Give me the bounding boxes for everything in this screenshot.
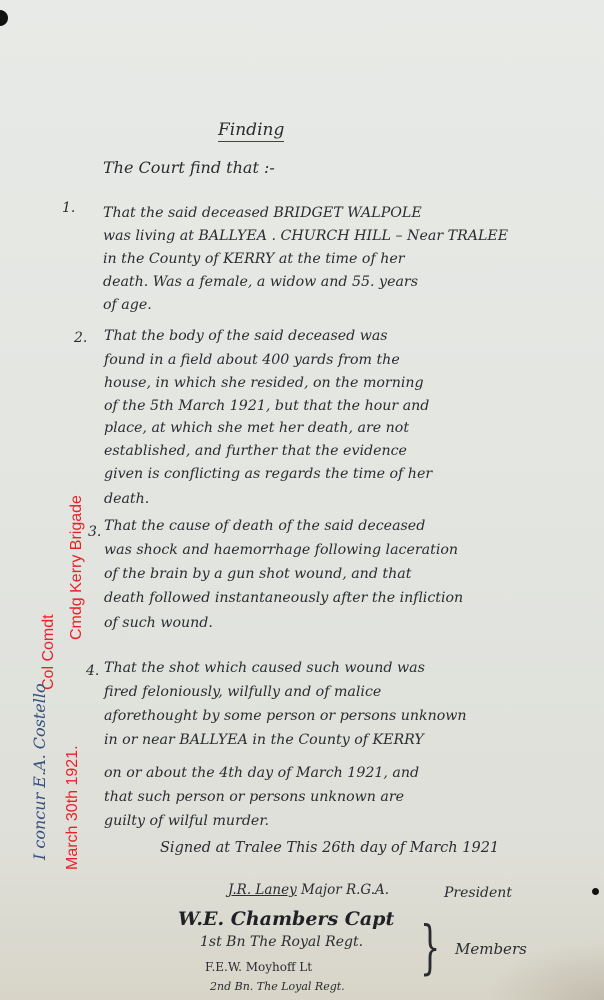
paragraph-number-1: 1. xyxy=(62,200,75,216)
paragraph-2-line: That the body of the said deceased was xyxy=(104,328,388,344)
paragraph-2-line: found in a field about 400 yards from th… xyxy=(104,352,400,368)
paragraph-1-line: was living at BALLYEA . CHURCH HILL – Ne… xyxy=(103,228,508,244)
paragraph-4-line: aforethought by some person or persons u… xyxy=(104,708,467,724)
margin-note-col-comdt: Col Comdt xyxy=(40,614,58,690)
member1-signature: W.E. Chambers Capt xyxy=(178,908,394,930)
paragraph-3-line: That the cause of death of the said dece… xyxy=(104,518,425,534)
paragraph-4-line: in or near BALLYEA in the County of KERR… xyxy=(104,732,424,748)
paragraph-4-line: that such person or persons unknown are xyxy=(104,789,404,805)
margin-note-kerry-brigade: Cmdg Kerry Brigade xyxy=(68,495,86,640)
paragraph-2-line: given is conflicting as regards the time… xyxy=(104,466,432,482)
members-brace: } xyxy=(420,918,440,976)
signed-line: Signed at Tralee This 26th day of March … xyxy=(160,840,499,856)
paragraph-2-line: established, and further that the eviden… xyxy=(104,443,407,459)
paragraph-1-line: in the County of KERRY at the time of he… xyxy=(103,251,405,267)
paragraph-3-line: of the brain by a gun shot wound, and th… xyxy=(104,566,411,582)
paragraph-1-line: of age. xyxy=(103,297,152,313)
margin-note-date: March 30th 1921. xyxy=(64,745,82,870)
paragraph-1-line: That the said deceased BRIDGET WALPOLE xyxy=(103,205,422,221)
paragraph-3-line: of such wound. xyxy=(104,615,213,631)
paragraph-3-line: death followed instantaneously after the… xyxy=(104,590,463,606)
president-name: J.R. Laney xyxy=(228,882,297,898)
president-role: President xyxy=(444,885,512,901)
punch-hole-top xyxy=(0,10,8,26)
paragraph-3-line: was shock and haemorrhage following lace… xyxy=(104,542,458,558)
member2-unit: 2nd Bn. The Loyal Regt. xyxy=(210,980,345,993)
paragraph-number-3: 3. xyxy=(88,524,101,540)
paragraph-number-2: 2. xyxy=(74,330,87,346)
paragraph-1-line: death. Was a female, a widow and 55. yea… xyxy=(103,274,418,290)
margin-note-concur: I concur E.A. Costello xyxy=(30,683,49,860)
member1-unit: 1st Bn The Royal Regt. xyxy=(200,934,363,950)
paragraph-4-line: That the shot which caused such wound wa… xyxy=(104,660,425,676)
paragraph-4-line: guilty of wilful murder. xyxy=(104,813,269,829)
paragraph-4-line: on or about the 4th day of March 1921, a… xyxy=(104,765,419,781)
document-page: Finding The Court find that :- 1. That t… xyxy=(0,0,604,1000)
intro-line: The Court find that :- xyxy=(103,158,275,177)
paragraph-2-line: place, at which she met her death, are n… xyxy=(104,420,409,436)
members-label: Members xyxy=(455,940,527,958)
paragraph-2-line: house, in which she resided, on the morn… xyxy=(104,375,424,391)
paragraph-2-line: of the 5th March 1921, but that the hour… xyxy=(104,398,429,414)
paragraph-4-line: fired feloniously, wilfully and of malic… xyxy=(104,684,381,700)
president-rank: Major R.G.A. xyxy=(301,882,389,898)
ink-blot xyxy=(592,888,599,895)
document-title: Finding xyxy=(218,120,284,142)
president-signature: J.R. Laney Major R.G.A. xyxy=(228,882,389,898)
member2-signature: F.E.W. Moyhoff Lt xyxy=(205,960,312,974)
paragraph-number-4: 4. xyxy=(86,663,99,679)
paragraph-2-line: death. xyxy=(104,491,149,507)
